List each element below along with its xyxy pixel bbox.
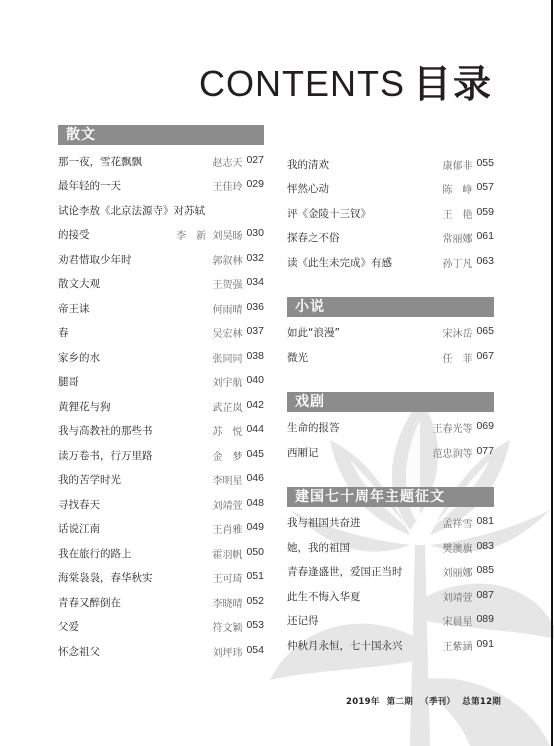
entry-title: 试论李敖《北京法源寺》对苏轼 xyxy=(58,203,205,218)
toc-entry[interactable]: 我与高教社的那些书苏 悦044 xyxy=(58,419,264,444)
issue-year: 2019年 xyxy=(346,697,380,707)
toc-entry[interactable]: 春吴宏林037 xyxy=(58,321,264,346)
entry-page: 065 xyxy=(476,325,494,340)
entry-title: 微光 xyxy=(287,350,308,365)
entry-author: 范忠润等 xyxy=(432,445,472,460)
toc-entry[interactable]: 试论李敖《北京法源寺》对苏轼 xyxy=(58,198,264,223)
entry-author: 刘靖萱 xyxy=(442,589,472,604)
entry-title: 我在旅行的路上 xyxy=(58,546,132,561)
toc-entry[interactable]: 西厢记范忠润等077 xyxy=(287,440,494,465)
entry-author: 孟祥雪 xyxy=(442,515,472,530)
entry-title: 我的清欢 xyxy=(287,157,329,172)
entry-title: 评《金陵十三钗》 xyxy=(287,206,371,221)
page-title: CONTENTS 目录 xyxy=(199,64,493,104)
entry-page: 036 xyxy=(246,301,264,316)
entry-author: 常丽娜 xyxy=(442,230,472,245)
toc-entry[interactable]: 最年轻的一天王佳玲029 xyxy=(58,174,264,199)
entry-author: 郭叙林 xyxy=(212,252,242,267)
contents-page: CONTENTS 目录 散文 那一夜，雪花飘飘赵志天027 最年轻的一天王佳玲0… xyxy=(0,0,554,746)
toc-entry[interactable]: 我的清欢康郁非055 xyxy=(287,152,494,177)
issue-number: 第二期 xyxy=(387,697,413,707)
entry-page: 069 xyxy=(476,420,494,435)
entry-title: 读《此生未完成》有感 xyxy=(287,255,392,270)
toc-entry[interactable]: 微光任 菲067 xyxy=(287,345,494,370)
entry-page: 037 xyxy=(246,325,264,340)
entry-author: 王可琦 xyxy=(212,570,242,585)
title-english: CONTENTS xyxy=(199,64,405,104)
entry-author: 李晓晴 xyxy=(212,595,242,610)
toc-entry[interactable]: 父爱符文颖053 xyxy=(58,615,264,640)
entry-page: 083 xyxy=(476,540,494,555)
entry-author: 刘宇航 xyxy=(212,374,242,389)
entry-page: 054 xyxy=(246,644,264,659)
entry-author: 吴宏林 xyxy=(212,325,242,340)
entry-author: 霍羽帆 xyxy=(212,546,242,561)
entry-page: 044 xyxy=(246,423,264,438)
section-header-anniversary-essays: 建国七十周年主题征文 xyxy=(287,487,494,507)
entry-title: 我与高教社的那些书 xyxy=(58,423,153,438)
entry-title: 海棠袅袅，春华秋实 xyxy=(58,570,153,585)
toc-entry[interactable]: 读《此生未完成》有感孙丁凡063 xyxy=(287,250,494,275)
entry-title: 家乡的水 xyxy=(58,350,100,365)
right-column: 我的清欢康郁非055 怦然心动陈 峥057 评《金陵十三钗》王 艳059 探春之… xyxy=(287,152,494,658)
toc-entry[interactable]: 探春之不俗常丽娜061 xyxy=(287,226,494,251)
toc-entry[interactable]: 我在旅行的路上霍羽帆050 xyxy=(58,541,264,566)
entry-author: 武芷岚 xyxy=(212,399,242,414)
toc-entry[interactable]: 家乡的水张同同038 xyxy=(58,345,264,370)
entry-page: 091 xyxy=(476,638,494,653)
toc-entry[interactable]: 怦然心动陈 峥057 xyxy=(287,177,494,202)
issue-info: 2019年第二期（季刊）总第12期 xyxy=(346,695,508,707)
toc-entry[interactable]: 黄狸花与狗武芷岚042 xyxy=(58,394,264,419)
toc-entry[interactable]: 她，我的祖国樊澳旗083 xyxy=(287,535,494,560)
toc-entry[interactable]: 生命的报答王春光等069 xyxy=(287,416,494,441)
toc-entry[interactable]: 那一夜，雪花飘飘赵志天027 xyxy=(58,149,264,174)
toc-entry[interactable]: 此生不悔入华夏刘靖萱087 xyxy=(287,584,494,609)
section-header-fiction: 小说 xyxy=(287,297,494,317)
toc-entry[interactable]: 寻找春天刘靖萱048 xyxy=(58,492,264,517)
entry-author: 宋沐岳 xyxy=(442,325,472,340)
entry-title: 春 xyxy=(58,325,69,340)
toc-entry[interactable]: 话说江南王肖雅049 xyxy=(58,517,264,542)
toc-entry[interactable]: 读万卷书，行万里路金 梦045 xyxy=(58,443,264,468)
entry-author: 康郁非 xyxy=(442,157,472,172)
entry-title: 读万卷书，行万里路 xyxy=(58,448,153,463)
entry-author: 王贺强 xyxy=(212,276,242,291)
left-column: 散文 那一夜，雪花飘飘赵志天027 最年轻的一天王佳玲029 试论李敖《北京法源… xyxy=(58,125,264,664)
entry-author: 李 新 刘昊旸 xyxy=(176,227,242,242)
entry-title: 的接受 xyxy=(58,227,90,242)
title-chinese: 目录 xyxy=(413,64,493,104)
entry-title: 她，我的祖国 xyxy=(287,540,350,555)
entry-page: 045 xyxy=(246,448,264,463)
entry-page: 051 xyxy=(246,570,264,585)
toc-entry[interactable]: 劝君惜取少年时郭叙林032 xyxy=(58,247,264,272)
entry-page: 042 xyxy=(246,399,264,414)
toc-entry[interactable]: 青春又醉倒在李晓晴052 xyxy=(58,590,264,615)
entry-page: 040 xyxy=(246,374,264,389)
entry-author: 赵志天 xyxy=(212,154,242,169)
entry-page: 046 xyxy=(246,472,264,487)
entry-author: 王 艳 xyxy=(442,206,472,221)
section-header-drama: 戏剧 xyxy=(287,392,494,412)
toc-entry[interactable]: 如此“浪漫”宋沐岳065 xyxy=(287,321,494,346)
entry-page: 053 xyxy=(246,619,264,634)
entry-title: 我与祖国共奋进 xyxy=(287,515,361,530)
entry-title: 如此“浪漫” xyxy=(287,325,340,340)
entry-page: 061 xyxy=(476,230,494,245)
toc-entry[interactable]: 青春逢盛世，爱国正当时刘丽娜085 xyxy=(287,560,494,585)
entry-title: 黄狸花与狗 xyxy=(58,399,111,414)
entry-author: 刘丽娜 xyxy=(442,564,472,579)
toc-entry[interactable]: 我的苦学时光李明星046 xyxy=(58,468,264,493)
entry-title: 还记得 xyxy=(287,613,319,628)
entry-page: 057 xyxy=(476,181,494,196)
entry-author: 孙丁凡 xyxy=(442,255,472,270)
entry-author: 王佳玲 xyxy=(212,178,242,193)
toc-entry[interactable]: 散文大观王贺强034 xyxy=(58,272,264,297)
toc-entry[interactable]: 还记得宋晨星089 xyxy=(287,609,494,634)
entry-title: 我的苦学时光 xyxy=(58,472,121,487)
entry-title: 话说江南 xyxy=(58,521,100,536)
entry-title: 劝君惜取少年时 xyxy=(58,252,132,267)
toc-entry[interactable]: 怀念祖父刘坪玮054 xyxy=(58,639,264,664)
entry-author: 樊澳旗 xyxy=(442,540,472,555)
entry-title: 那一夜，雪花飘飘 xyxy=(58,154,142,169)
entry-page: 032 xyxy=(246,252,264,267)
toc-entry[interactable]: 我与祖国共奋进孟祥雪081 xyxy=(287,511,494,536)
entry-author: 苏 悦 xyxy=(212,423,242,438)
entry-page: 067 xyxy=(476,350,494,365)
entry-title: 怀念祖父 xyxy=(58,644,100,659)
toc-entry[interactable]: 评《金陵十三钗》王 艳059 xyxy=(287,201,494,226)
toc-entry[interactable]: 腿哥刘宇航040 xyxy=(58,370,264,395)
entry-title: 怦然心动 xyxy=(287,181,329,196)
entry-author: 符文颖 xyxy=(212,619,242,634)
entry-page: 034 xyxy=(246,276,264,291)
entry-title: 探春之不俗 xyxy=(287,230,340,245)
entry-author: 刘坪玮 xyxy=(212,644,242,659)
toc-entry[interactable]: 的接受李 新 刘昊旸030 xyxy=(58,223,264,248)
entry-author: 任 菲 xyxy=(442,350,472,365)
toc-entry[interactable]: 海棠袅袅，春华秋实王可琦051 xyxy=(58,566,264,591)
entry-author: 金 梦 xyxy=(212,448,242,463)
entry-page: 049 xyxy=(246,521,264,536)
entry-page: 030 xyxy=(246,227,264,242)
entry-page: 052 xyxy=(246,595,264,610)
entry-title: 青春逢盛世，爱国正当时 xyxy=(287,564,403,579)
section-header-prose: 散文 xyxy=(58,125,264,145)
entry-title: 散文大观 xyxy=(58,276,100,291)
entry-page: 055 xyxy=(476,157,494,172)
entry-title: 青春又醉倒在 xyxy=(58,595,121,610)
entry-author: 张同同 xyxy=(212,350,242,365)
entry-page: 081 xyxy=(476,515,494,530)
entry-author: 宋晨星 xyxy=(442,613,472,628)
entry-title: 西厢记 xyxy=(287,445,319,460)
entry-title: 最年轻的一天 xyxy=(58,178,121,193)
entry-title: 父爱 xyxy=(58,619,79,634)
entry-title: 帝王诔 xyxy=(58,301,90,316)
toc-entry[interactable]: 帝王诔何雨晴036 xyxy=(58,296,264,321)
entry-author: 李明星 xyxy=(212,472,242,487)
entry-page: 027 xyxy=(246,154,264,169)
entry-page: 063 xyxy=(476,255,494,270)
entry-author: 王肖雅 xyxy=(212,521,242,536)
entry-author: 陈 峥 xyxy=(442,181,472,196)
entry-page: 048 xyxy=(246,497,264,512)
entry-title: 此生不悔入华夏 xyxy=(287,589,361,604)
entry-title: 腿哥 xyxy=(58,374,79,389)
entry-author: 何雨晴 xyxy=(212,301,242,316)
entry-page: 038 xyxy=(246,350,264,365)
entry-page: 029 xyxy=(246,178,264,193)
entry-author: 王紫涵 xyxy=(442,638,472,653)
entry-page: 089 xyxy=(476,613,494,628)
entry-title: 仲秋月永恒，七十国永兴 xyxy=(287,638,403,653)
entry-title: 生命的报答 xyxy=(287,420,340,435)
page-edge-line xyxy=(551,0,553,746)
entry-title: 寻找春天 xyxy=(58,497,100,512)
entry-page: 077 xyxy=(476,445,494,460)
issue-total: 总第12期 xyxy=(462,697,501,707)
entry-author: 刘靖萱 xyxy=(212,497,242,512)
issue-type: （季刊） xyxy=(420,697,455,707)
entry-author: 王春光等 xyxy=(432,420,472,435)
entry-page: 087 xyxy=(476,589,494,604)
toc-entry[interactable]: 仲秋月永恒，七十国永兴王紫涵091 xyxy=(287,633,494,658)
entry-page: 059 xyxy=(476,206,494,221)
entry-page: 085 xyxy=(476,564,494,579)
entry-page: 050 xyxy=(246,546,264,561)
